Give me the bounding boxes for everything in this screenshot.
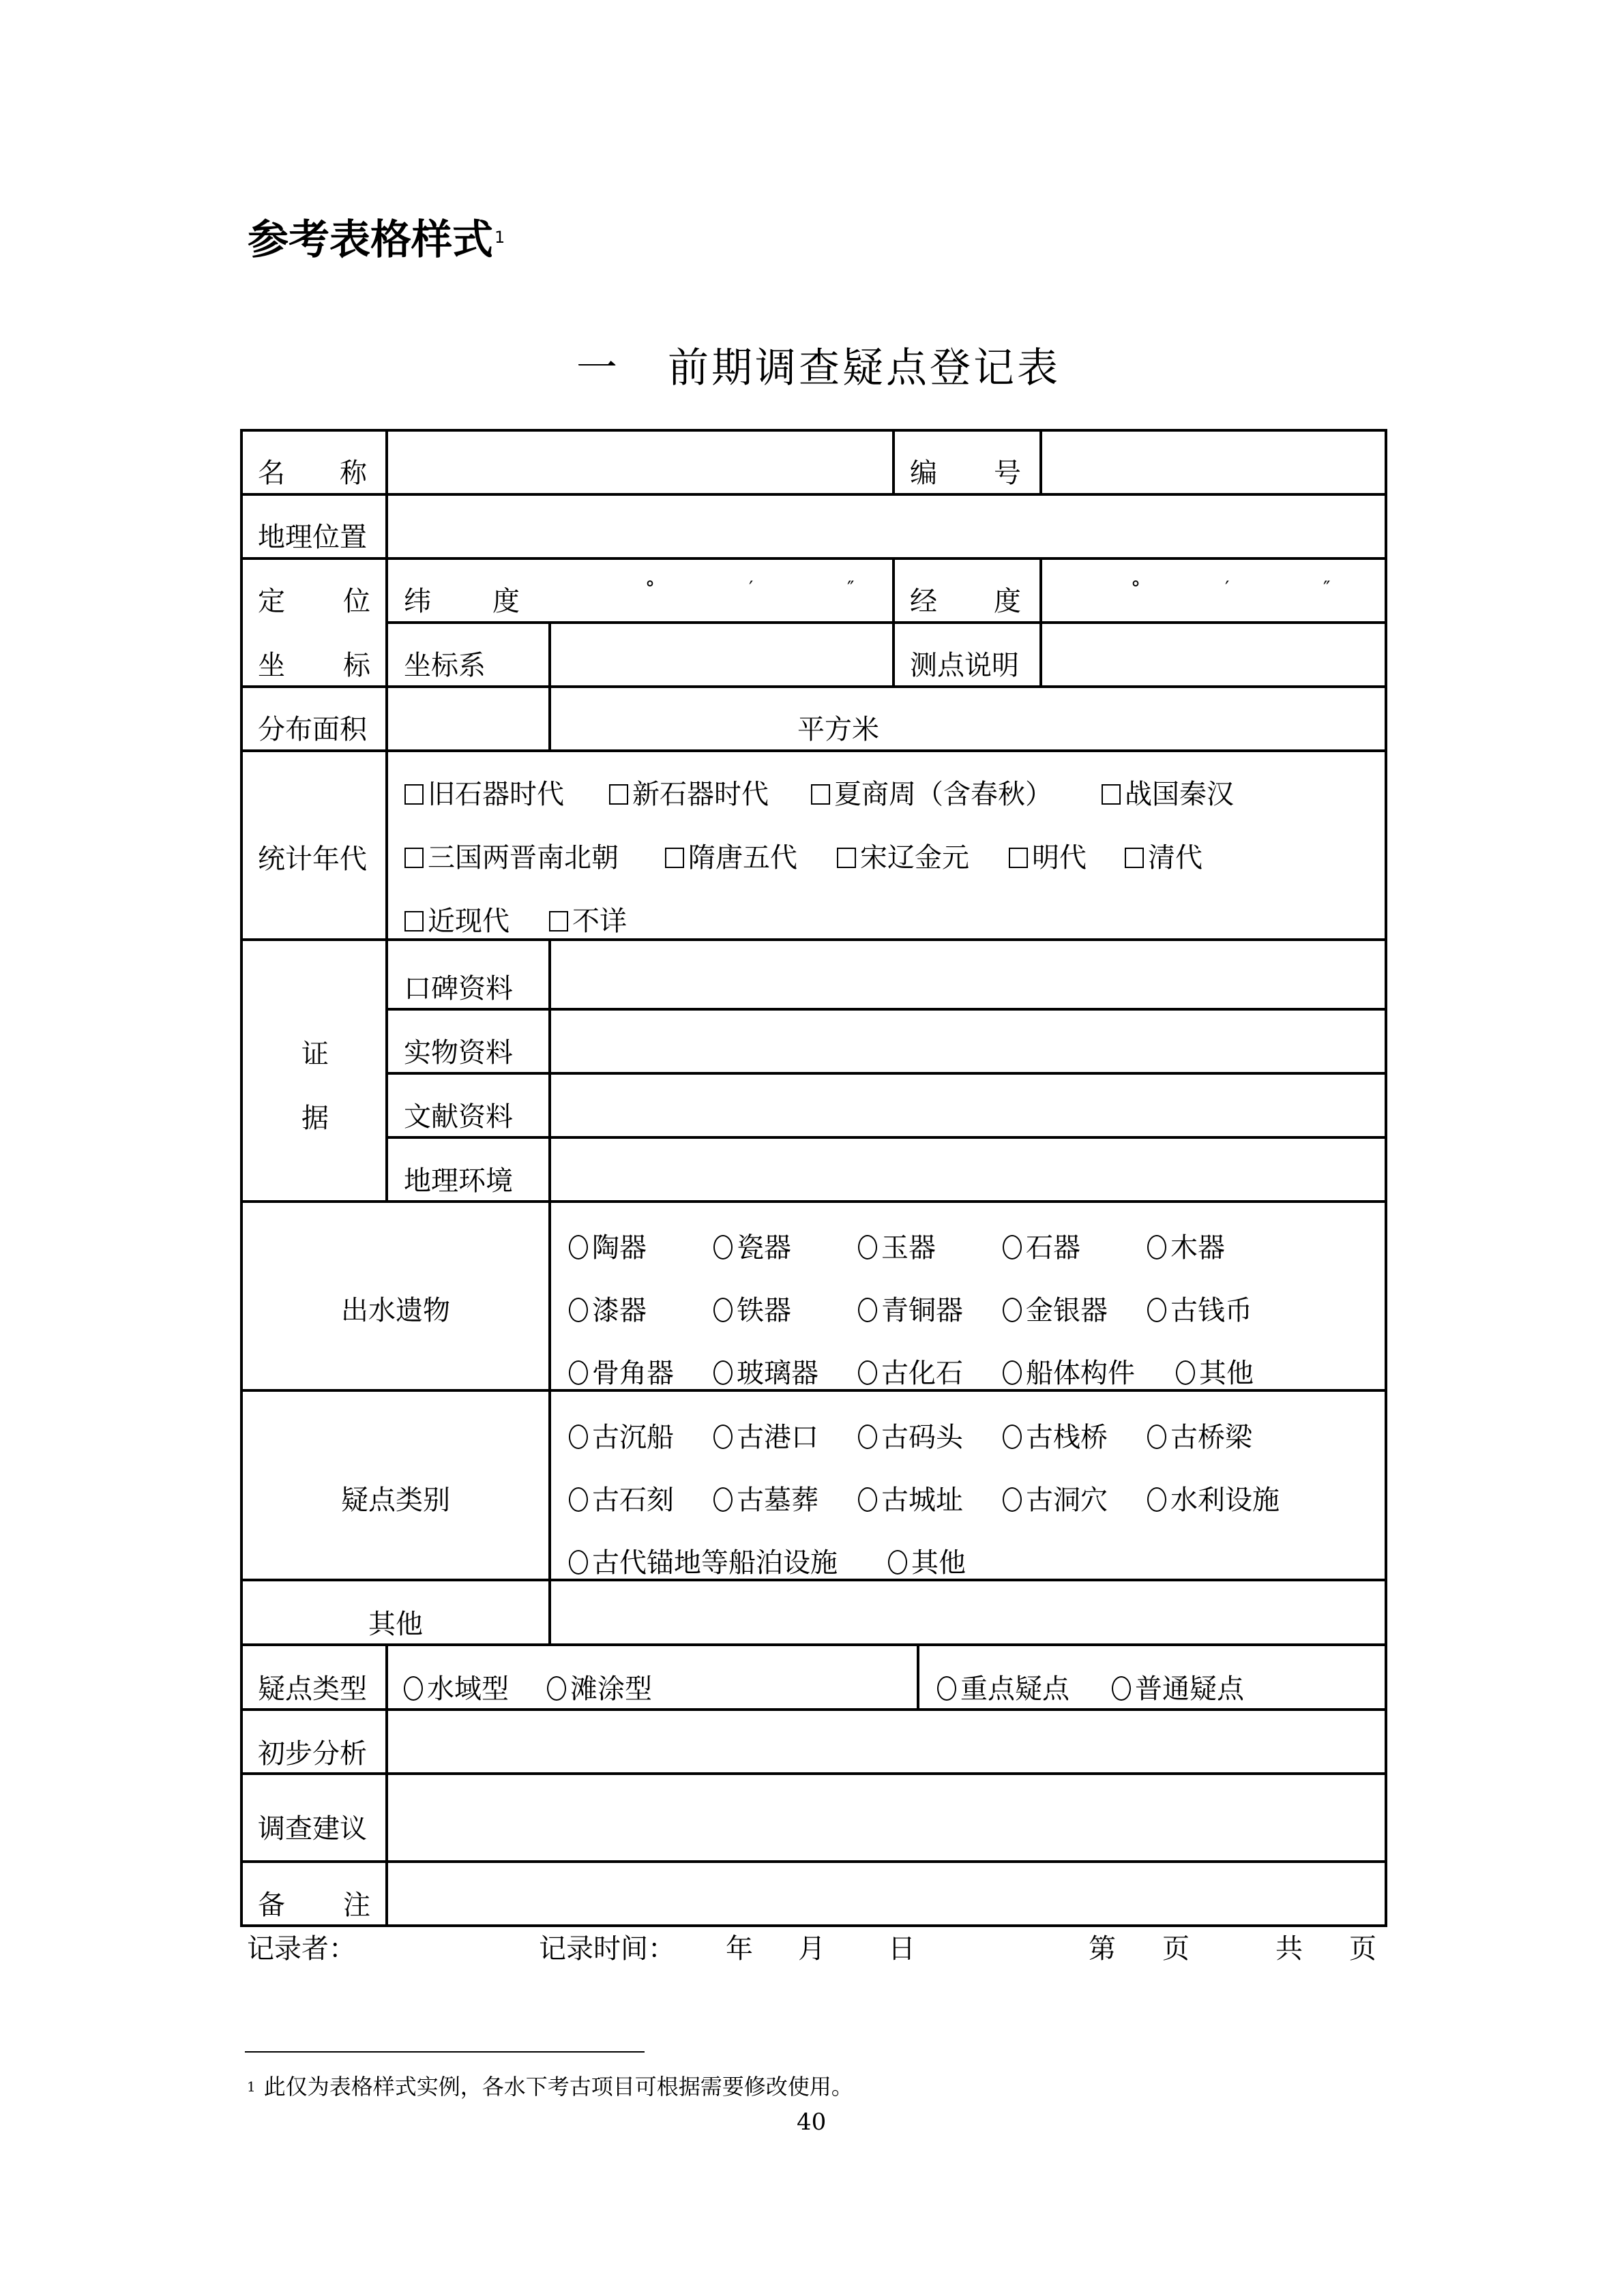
- coord-label-top: 定位: [258, 586, 370, 616]
- month-label: 月: [798, 1934, 825, 1964]
- radio-icon: [569, 1425, 588, 1449]
- radio-icon: [1003, 1298, 1022, 1322]
- category-option[interactable]: 古桥梁: [1147, 1422, 1252, 1452]
- radio-icon: [713, 1425, 733, 1449]
- relics-option-label: 石器: [1026, 1232, 1080, 1264]
- checkbox-icon: [837, 848, 856, 868]
- remarks-label-a: 备: [258, 1890, 285, 1920]
- relics-option[interactable]: 古钱币: [1147, 1296, 1252, 1326]
- relics-option-label: 其他: [1199, 1358, 1254, 1389]
- era-option-label: 近现代: [428, 906, 510, 937]
- degree-mark: °: [645, 573, 655, 603]
- relics-option-label: 木器: [1170, 1232, 1225, 1264]
- radio-icon: [1176, 1360, 1195, 1385]
- remarks-field[interactable]: [388, 1862, 1383, 1924]
- relics-option[interactable]: 陶器: [569, 1233, 647, 1263]
- area-unit: 平方米: [797, 715, 879, 745]
- type-option-label: 普通疑点: [1135, 1673, 1244, 1705]
- coord-label-a1: 定: [258, 586, 285, 616]
- coord-label-b2: 标: [343, 651, 370, 681]
- relics-option[interactable]: 铁器: [713, 1296, 791, 1326]
- suggestion-label: 调查建议: [258, 1814, 367, 1844]
- checkbox-icon: [811, 784, 830, 805]
- point-desc-label: 测点说明: [910, 651, 1019, 681]
- name-label-a: 名: [258, 458, 285, 488]
- era-option[interactable]: 三国两晋南北朝: [404, 843, 619, 873]
- checkbox-icon: [404, 784, 424, 805]
- remarks-label: 备注: [258, 1890, 370, 1920]
- era-option-label: 不详: [572, 906, 627, 937]
- other-field[interactable]: [551, 1580, 1383, 1643]
- era-option-label: 宋辽金元: [860, 842, 969, 874]
- coord-label-bottom: 坐标: [258, 651, 370, 681]
- category-option-label: 古代锚地等船泊设施: [592, 1547, 838, 1579]
- era-option-label: 清代: [1148, 842, 1202, 874]
- radio-icon: [858, 1298, 877, 1322]
- relics-option-label: 金银器: [1026, 1295, 1108, 1326]
- code-label-a: 编: [910, 458, 937, 488]
- form-title-text: 前期调查疑点登记表: [668, 344, 1061, 392]
- radio-icon: [713, 1298, 733, 1322]
- evidence-oral-field[interactable]: [551, 940, 1383, 1007]
- category-option[interactable]: 古码头: [858, 1422, 963, 1452]
- radio-icon: [1003, 1487, 1022, 1512]
- col-divider: [892, 557, 895, 687]
- radio-icon: [1147, 1425, 1166, 1449]
- evidence-documentary-field[interactable]: [551, 1073, 1383, 1136]
- type-option[interactable]: 滩涂型: [547, 1674, 652, 1704]
- radio-icon: [1003, 1235, 1022, 1259]
- category-option-label: 其他: [911, 1547, 966, 1579]
- minute-mark: ′: [749, 573, 753, 603]
- evidence-item-documentary: 文献资料: [404, 1102, 513, 1132]
- table-border-right: [1385, 429, 1387, 1927]
- name-label-b: 称: [340, 458, 367, 488]
- analysis-label: 初步分析: [258, 1739, 367, 1769]
- category-option-label: 古栈桥: [1026, 1422, 1108, 1453]
- era-option[interactable]: 明代: [1009, 843, 1087, 873]
- type-option[interactable]: 普通疑点: [1112, 1674, 1244, 1704]
- era-option-label: 三国两晋南北朝: [428, 842, 619, 874]
- name-label: 名称: [258, 458, 367, 488]
- name-field[interactable]: [388, 429, 891, 493]
- category-option[interactable]: 古石刻: [569, 1485, 674, 1515]
- record-time-label: 记录时间：: [539, 1934, 675, 1964]
- table-border-left: [240, 429, 243, 1927]
- longitude-field[interactable]: ° ′ ″: [1042, 557, 1383, 621]
- type-option-label: 重点疑点: [960, 1673, 1069, 1705]
- latitude-label-b: 度: [492, 586, 520, 616]
- category-option[interactable]: 水利设施: [1147, 1485, 1280, 1515]
- radio-icon: [1112, 1676, 1131, 1701]
- evidence-item-oral: 口碑资料: [404, 974, 513, 1004]
- checkbox-icon: [665, 848, 684, 868]
- row-divider: [240, 1200, 1387, 1203]
- category-option[interactable]: 古代锚地等船泊设施: [569, 1548, 838, 1578]
- page-no-label: 第: [1089, 1934, 1116, 1964]
- category-option[interactable]: 古港口: [713, 1422, 818, 1452]
- radio-icon: [858, 1235, 877, 1259]
- relics-label: 出水遗物: [341, 1296, 450, 1326]
- col-divider: [892, 429, 895, 494]
- minute-mark: ′: [1225, 573, 1229, 603]
- checkbox-icon: [549, 911, 568, 931]
- footnote: 1此仅为表格样式实例，各水下考古项目可根据需要修改使用。: [247, 2073, 853, 2100]
- relics-option[interactable]: 船体构件: [1003, 1358, 1135, 1388]
- type-option[interactable]: 水域型: [404, 1674, 509, 1704]
- longitude-label-b: 度: [994, 586, 1021, 616]
- radio-icon: [1147, 1487, 1166, 1512]
- analysis-field[interactable]: [388, 1710, 1383, 1772]
- category-option-label: 古桥梁: [1170, 1422, 1252, 1453]
- era-option[interactable]: 夏商周（含春秋）: [811, 779, 1052, 809]
- category-option-label: 古洞穴: [1026, 1485, 1108, 1516]
- era-option-label: 战国秦汉: [1125, 779, 1234, 810]
- category-label: 疑点类别: [341, 1485, 450, 1515]
- category-option-label: 古城址: [881, 1485, 963, 1516]
- radio-icon: [547, 1676, 566, 1701]
- row-divider: [240, 1389, 1387, 1392]
- latitude-label: 纬度: [404, 586, 520, 616]
- radio-icon: [569, 1360, 588, 1385]
- relics-option[interactable]: 金银器: [1003, 1296, 1108, 1326]
- year-label: 年: [726, 1934, 753, 1964]
- footnote-number: 1: [247, 2078, 256, 2095]
- relics-option[interactable]: 其他: [1176, 1358, 1254, 1388]
- radio-icon: [937, 1676, 956, 1701]
- checkbox-icon: [1125, 848, 1144, 868]
- checkbox-icon: [404, 911, 424, 931]
- relics-option-label: 骨角器: [592, 1358, 674, 1389]
- area-field[interactable]: 平方米: [388, 685, 1383, 749]
- crs-field[interactable]: [551, 621, 892, 685]
- checkbox-icon: [404, 848, 424, 868]
- era-option-label: 隋唐五代: [688, 842, 797, 874]
- relics-option-label: 玉器: [881, 1232, 936, 1264]
- suggestion-field[interactable]: [388, 1774, 1383, 1860]
- evidence-item-physical: 实物资料: [404, 1038, 513, 1068]
- era-option-label: 旧石器时代: [428, 779, 564, 810]
- radio-icon: [1003, 1425, 1022, 1449]
- point-desc-field[interactable]: [1042, 621, 1383, 685]
- category-option-label: 古石刻: [592, 1485, 674, 1516]
- category-option[interactable]: 其他: [888, 1548, 966, 1578]
- form-title: 一前期调查疑点登记表: [576, 341, 1061, 396]
- relics-option-label: 铁器: [737, 1295, 791, 1326]
- type-label: 疑点类型: [258, 1674, 367, 1704]
- type-option[interactable]: 重点疑点: [937, 1674, 1069, 1704]
- radio-icon: [569, 1235, 588, 1259]
- category-option[interactable]: 古城址: [858, 1485, 963, 1515]
- relics-option[interactable]: 玉器: [858, 1233, 936, 1263]
- radio-icon: [713, 1487, 733, 1512]
- era-option[interactable]: 宋辽金元: [837, 843, 969, 873]
- table-border-bottom: [240, 1924, 1387, 1927]
- day-label: 日: [888, 1934, 915, 1964]
- section-title: 参考表格样式1: [248, 215, 505, 265]
- radio-icon: [1003, 1360, 1022, 1385]
- latitude-field[interactable]: ° ′ ″: [551, 557, 892, 621]
- category-option-label: 古码头: [881, 1422, 963, 1453]
- relics-option-label: 玻璃器: [737, 1358, 818, 1389]
- other-label: 其他: [368, 1609, 423, 1639]
- evidence-geography-field[interactable]: [551, 1137, 1383, 1200]
- col-divider: [917, 1643, 919, 1710]
- relics-option-label: 船体构件: [1026, 1358, 1135, 1389]
- relics-option[interactable]: 玻璃器: [713, 1358, 818, 1388]
- category-option-label: 古沉船: [592, 1422, 674, 1453]
- radio-icon: [858, 1425, 877, 1449]
- category-option-label: 水利设施: [1170, 1485, 1280, 1516]
- checkbox-icon: [1102, 784, 1121, 805]
- total-unit-label: 页: [1349, 1934, 1376, 1964]
- coord-label-a2: 位: [343, 586, 370, 616]
- location-field[interactable]: [388, 493, 1383, 557]
- relics-option[interactable]: 古化石: [858, 1358, 963, 1388]
- relics-option[interactable]: 漆器: [569, 1296, 647, 1326]
- crs-label: 坐标系: [404, 651, 486, 681]
- row-divider: [240, 749, 1387, 752]
- relics-option[interactable]: 瓷器: [713, 1233, 791, 1263]
- degree-mark: °: [1131, 573, 1140, 603]
- code-field[interactable]: [1042, 429, 1383, 493]
- evidence-label-a: 证: [301, 1039, 329, 1069]
- code-label: 编号: [910, 458, 1021, 488]
- category-option[interactable]: 古洞穴: [1003, 1485, 1108, 1515]
- radio-icon: [858, 1487, 877, 1512]
- category-option[interactable]: 古沉船: [569, 1422, 674, 1452]
- longitude-label-a: 经: [910, 586, 937, 616]
- second-mark: ″: [1323, 573, 1330, 603]
- era-option[interactable]: 旧石器时代: [404, 779, 564, 809]
- type-option-label: 滩涂型: [570, 1673, 652, 1705]
- radio-icon: [1147, 1298, 1166, 1322]
- era-option[interactable]: 不详: [549, 906, 627, 936]
- row-divider: [240, 1643, 1387, 1646]
- relics-option-label: 青铜器: [881, 1295, 963, 1326]
- relics-option[interactable]: 青铜器: [858, 1296, 963, 1326]
- second-mark: ″: [847, 573, 854, 603]
- relics-option-label: 漆器: [592, 1295, 647, 1326]
- recorder-label: 记录者：: [247, 1934, 356, 1964]
- era-label: 统计年代: [258, 844, 367, 874]
- evidence-physical-field[interactable]: [551, 1009, 1383, 1072]
- evidence-label-b: 据: [301, 1103, 329, 1133]
- radio-icon: [569, 1298, 588, 1322]
- location-label: 地理位置: [258, 522, 367, 552]
- total-label: 共: [1275, 1934, 1303, 1964]
- relics-option-label: 瓷器: [737, 1232, 791, 1264]
- relics-option-label: 古化石: [881, 1358, 963, 1389]
- radio-icon: [1147, 1235, 1166, 1259]
- footnote-separator: [245, 2051, 645, 2053]
- radio-icon: [569, 1487, 588, 1512]
- category-option-label: 古墓葬: [737, 1485, 818, 1516]
- section-title-text: 参考表格样式: [248, 216, 493, 264]
- radio-icon: [713, 1235, 733, 1259]
- radio-icon: [858, 1360, 877, 1385]
- era-option[interactable]: 隋唐五代: [665, 843, 797, 873]
- radio-icon: [713, 1360, 733, 1385]
- relics-option[interactable]: 骨角器: [569, 1358, 674, 1388]
- era-option[interactable]: 战国秦汉: [1102, 779, 1234, 809]
- era-option-label: 新石器时代: [632, 779, 769, 810]
- category-option[interactable]: 古墓葬: [713, 1485, 818, 1515]
- radio-icon: [569, 1550, 588, 1575]
- era-option-label: 明代: [1032, 842, 1087, 874]
- page-unit-label: 页: [1162, 1934, 1190, 1964]
- latitude-label-a: 纬: [404, 586, 431, 616]
- era-option[interactable]: 新石器时代: [609, 779, 769, 809]
- radio-icon: [404, 1676, 423, 1701]
- footnote-text: 此仅为表格样式实例，各水下考古项目可根据需要修改使用。: [264, 2074, 853, 2100]
- form-number: 一: [576, 344, 620, 392]
- coord-label-b1: 坐: [258, 651, 285, 681]
- remarks-label-b: 注: [343, 1890, 370, 1920]
- relics-option-label: 陶器: [592, 1232, 647, 1264]
- relics-option[interactable]: 石器: [1003, 1233, 1080, 1263]
- radio-icon: [888, 1550, 907, 1575]
- era-option[interactable]: 清代: [1125, 843, 1202, 873]
- category-option[interactable]: 古栈桥: [1003, 1422, 1108, 1452]
- era-option-label: 夏商周（含春秋）: [834, 779, 1052, 810]
- page-number: 40: [797, 2108, 826, 2136]
- relics-option-label: 古钱币: [1170, 1295, 1252, 1326]
- era-option[interactable]: 近现代: [404, 906, 510, 936]
- code-label-b: 号: [994, 458, 1021, 488]
- category-option-label: 古港口: [737, 1422, 818, 1453]
- area-label: 分布面积: [258, 715, 367, 745]
- longitude-label: 经度: [910, 586, 1021, 616]
- relics-option[interactable]: 木器: [1147, 1233, 1225, 1263]
- checkbox-icon: [609, 784, 628, 805]
- type-option-label: 水域型: [427, 1673, 509, 1705]
- footnote-ref: 1: [494, 228, 505, 247]
- checkbox-icon: [1009, 848, 1028, 868]
- evidence-item-geography: 地理环境: [404, 1166, 513, 1196]
